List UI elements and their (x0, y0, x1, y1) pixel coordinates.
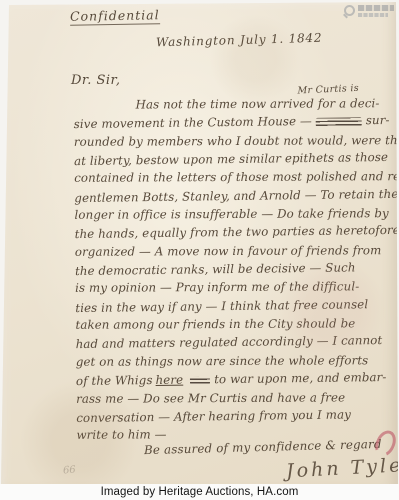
watermark-text-row (358, 13, 388, 17)
watermark (344, 5, 394, 17)
dateline: Washington July 1. 1842 (156, 31, 323, 50)
body-line: write to him — (76, 424, 392, 444)
body-line: of the Whigshereto war upon me, and emba… (76, 368, 392, 390)
red-pencil-mark (371, 427, 399, 459)
scanned-letter-view: Confidential Washington July 1. 1842 Dr.… (0, 0, 399, 500)
body-line: the hands, equally from the two parties … (75, 221, 391, 243)
body-line: conversation — After hearing from you I … (76, 405, 392, 427)
body-line-text: sur- (366, 113, 390, 127)
letter-body: Mr Curtis is Has not the time now arrive… (73, 94, 392, 445)
caption-bar: Imaged by Heritage Auctions, HA.com (0, 484, 399, 500)
body-line: rass me — Do see Mr Curtis and have a fr… (76, 388, 392, 408)
signature: John Tyler (286, 454, 399, 483)
body-line: the democratic ranks, will be decisive —… (75, 258, 391, 280)
struck-out-word (190, 376, 210, 384)
body-line: rounded by members who I doubt not would… (74, 131, 390, 151)
body-line: Has not the time now arrived for a deci- (74, 94, 390, 114)
body-line: sive movement in the Custom House —sur- (74, 111, 390, 133)
pencil-notation: 66 (63, 465, 76, 477)
letter-paper: Confidential Washington July 1. 1842 Dr.… (0, 0, 399, 500)
body-line: is my opinion — Pray inform me of the di… (75, 278, 391, 298)
body-line: had and matters regulated accordingly — … (76, 331, 392, 353)
body-line-text: to war upon me, and embar- (214, 370, 386, 386)
body-line: gentlemen Botts, Stanley, and Arnold — T… (74, 185, 390, 207)
body-line-text: sive movement in the Custom House — (74, 114, 312, 131)
underlined-word: here (155, 373, 183, 387)
closing-line: Be assured of my confidence & regard (144, 437, 382, 457)
imaging-credit-caption: Imaged by Heritage Auctions, HA.com (101, 486, 299, 498)
body-line: contained in the letters of those most p… (74, 168, 390, 188)
struck-out-word (316, 117, 362, 127)
body-line-text: of the Whigs (76, 373, 153, 388)
watermark-text-blocks (358, 5, 394, 17)
body-line: ties in the way if any — I think that fr… (75, 295, 391, 317)
body-line: at liberty, bestow upon me similar epith… (74, 148, 390, 170)
interlinear-insertion: Mr Curtis is (297, 83, 359, 97)
magnifying-glass-watermark-icon (344, 5, 355, 16)
body-line: organized — A move now in favour of frie… (75, 241, 391, 261)
body-line: get on as things now are since the whole… (76, 351, 392, 371)
body-line: longer in office is insufferable — Do ta… (74, 204, 390, 224)
confidential-heading: Confidential (70, 7, 160, 26)
body-line: taken among our friends in the City shou… (75, 314, 391, 334)
watermark-text-row (358, 5, 394, 11)
salutation: Dr. Sir, (71, 73, 120, 88)
